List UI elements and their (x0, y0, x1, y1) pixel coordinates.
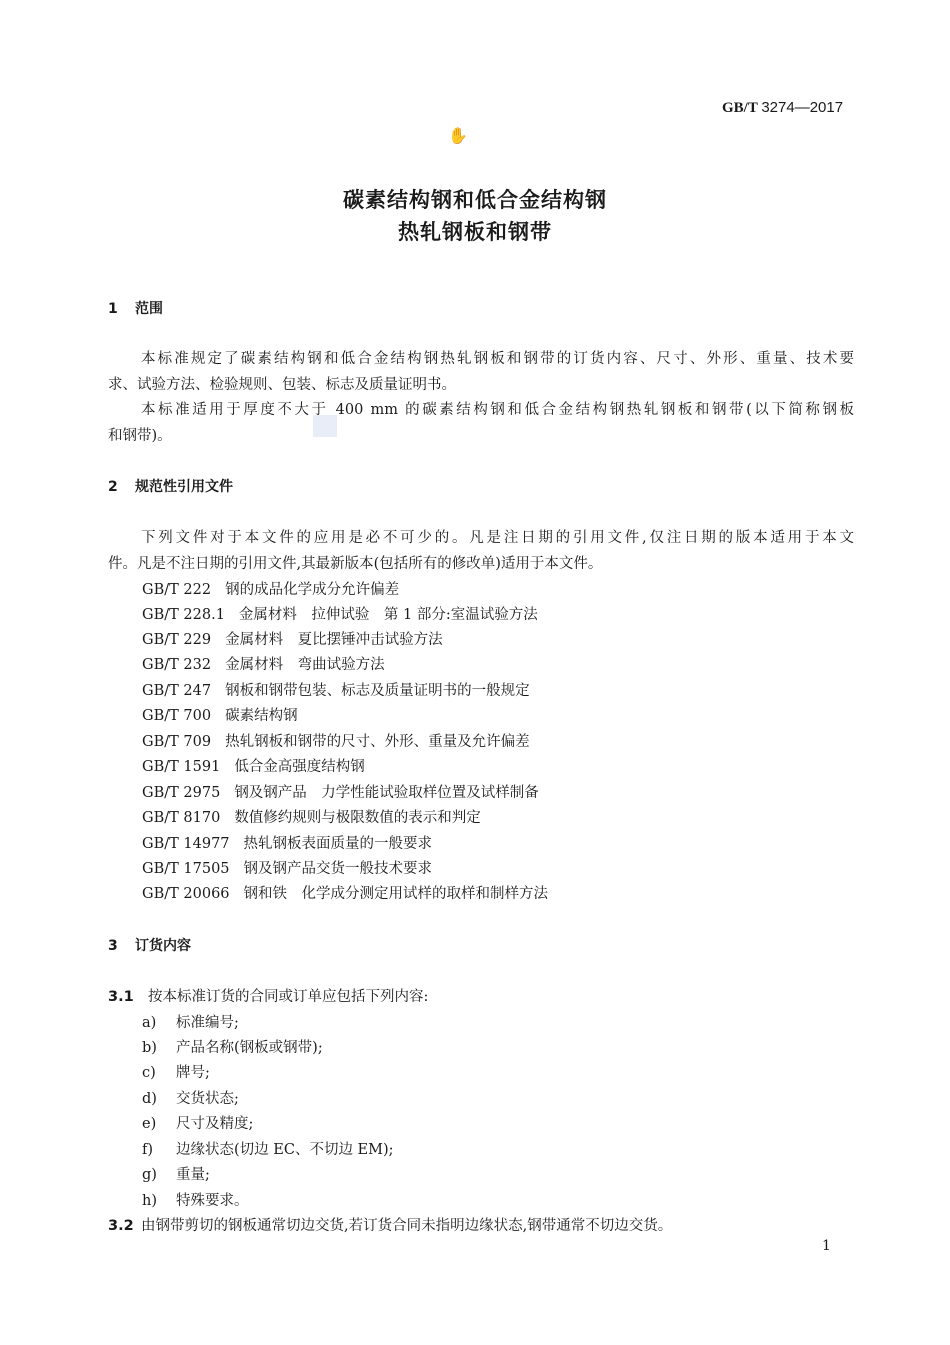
reference-code: GB/T 700 (142, 708, 211, 724)
reference-code: GB/T 2975 (142, 785, 220, 801)
reference-code: GB/T 14977 (142, 836, 230, 852)
reference-item: GB/T 1591低合金高强度结构钢 (142, 755, 365, 776)
clause-text: 由钢带剪切的钢板通常切边交货,若订货合同未指明边缘状态,钢带通常不切边交货。 (141, 1218, 672, 1234)
standard-number: 3274—2017 (761, 99, 843, 116)
reference-code: GB/T 1591 (142, 759, 220, 775)
clause-3-1: 3.1按本标准订货的合同或订单应包括下列内容: (108, 985, 428, 1006)
reference-code: GB/T 20066 (142, 886, 230, 902)
clause-number: 3.2 (108, 1218, 141, 1234)
reference-title: 热轧钢板表面质量的一般要求 (244, 836, 433, 852)
reference-title: 碳素结构钢 (225, 708, 298, 724)
reference-item: GB/T 222钢的成品化学成分允许偏差 (142, 578, 399, 599)
reference-item: GB/T 247钢板和钢带包装、标志及质量证明书的一般规定 (142, 679, 530, 700)
reference-item: GB/T 2975钢及钢产品 力学性能试验取样位置及试样制备 (142, 781, 539, 802)
reference-item: GB/T 229金属材料 夏比摆锤冲击试验方法 (142, 628, 443, 649)
reference-code: GB/T 222 (142, 582, 211, 598)
section-number: 3 (108, 938, 135, 954)
reference-title: 金属材料 拉伸试验 第 1 部分:室温试验方法 (239, 607, 538, 623)
reference-code: GB/T 8170 (142, 810, 220, 826)
item-text: 边缘状态(切边 EC、不切边 EM); (176, 1142, 394, 1158)
list-item: h)特殊要求。 (142, 1189, 249, 1210)
reference-item: GB/T 14977热轧钢板表面质量的一般要求 (142, 832, 432, 853)
paragraph-line: 求、试验方法、检验规则、包装、标志及质量证明书。 (108, 373, 854, 394)
reference-code: GB/T 17505 (142, 861, 230, 877)
paragraph-line: 下列文件对于本文件的应用是必不可少的。凡是注日期的引用文件,仅注日期的版本适用于… (108, 526, 854, 547)
item-text: 尺寸及精度; (176, 1116, 253, 1132)
reference-title: 钢板和钢带包装、标志及质量证明书的一般规定 (225, 683, 530, 699)
reference-item: GB/T 709热轧钢板和钢带的尺寸、外形、重量及允许偏差 (142, 730, 530, 751)
reference-item: GB/T 232金属材料 弯曲试验方法 (142, 653, 385, 674)
reference-item: GB/T 17505钢及钢产品交货一般技术要求 (142, 857, 432, 878)
reference-title: 钢的成品化学成分允许偏差 (225, 582, 399, 598)
item-label: b) (142, 1040, 176, 1056)
reference-title: 金属材料 弯曲试验方法 (225, 657, 385, 673)
list-item: e)尺寸及精度; (142, 1112, 253, 1133)
reference-title: 热轧钢板和钢带的尺寸、外形、重量及允许偏差 (225, 734, 530, 750)
document-title-line1: 碳素结构钢和低合金结构钢 (0, 184, 950, 214)
item-text: 标准编号; (176, 1015, 239, 1031)
paragraph-line: 件。凡是不注日期的引用文件,其最新版本(包括所有的修改单)适用于本文件。 (108, 552, 854, 573)
list-item: b)产品名称(钢板或钢带); (142, 1036, 323, 1057)
standard-code: GB/T 3274—2017 (722, 99, 843, 117)
reference-code: GB/T 232 (142, 657, 211, 673)
reference-title: 低合金高强度结构钢 (234, 759, 365, 775)
item-label: c) (142, 1065, 176, 1081)
list-item: f)边缘状态(切边 EC、不切边 EM); (142, 1138, 394, 1159)
hand-cursor-icon: ✋ (448, 126, 468, 145)
reference-code: GB/T 247 (142, 683, 211, 699)
section-title: 规范性引用文件 (135, 479, 233, 495)
reference-title: 钢和铁 化学成分测定用试样的取样和制样方法 (244, 886, 549, 902)
reference-code: GB/T 228.1 (142, 607, 225, 623)
section-heading-scope: 1范围 (108, 298, 163, 318)
item-label: a) (142, 1015, 176, 1031)
reference-item: GB/T 700碳素结构钢 (142, 704, 298, 725)
item-label: h) (142, 1193, 176, 1209)
section-number: 1 (108, 301, 135, 317)
reference-title: 数值修约规则与极限数值的表示和判定 (234, 810, 481, 826)
reference-code: GB/T 709 (142, 734, 211, 750)
paragraph-line: 本标准适用于厚度不大于 400 mm 的碳素结构钢和低合金结构钢热轧钢板和钢带(… (108, 398, 854, 419)
item-label: d) (142, 1091, 176, 1107)
clause-3-2: 3.2由钢带剪切的钢板通常切边交货,若订货合同未指明边缘状态,钢带通常不切边交货… (108, 1214, 672, 1235)
section-title: 订货内容 (135, 938, 191, 954)
section-heading-order-content: 3订货内容 (108, 935, 191, 955)
list-item: c)牌号; (142, 1061, 210, 1082)
paragraph-line: 本标准规定了碳素结构钢和低合金结构钢热轧钢板和钢带的订货内容、尺寸、外形、重量、… (108, 347, 854, 368)
item-label: e) (142, 1116, 176, 1132)
item-text: 交货状态; (176, 1091, 239, 1107)
reference-item: GB/T 8170数值修约规则与极限数值的表示和判定 (142, 806, 481, 827)
item-text: 重量; (176, 1167, 210, 1183)
item-text: 产品名称(钢板或钢带); (176, 1040, 323, 1056)
item-label: g) (142, 1167, 176, 1183)
item-label: f) (142, 1142, 176, 1158)
reference-title: 钢及钢产品 力学性能试验取样位置及试样制备 (234, 785, 539, 801)
reference-item: GB/T 20066钢和铁 化学成分测定用试样的取样和制样方法 (142, 882, 548, 903)
section-heading-normative-references: 2规范性引用文件 (108, 476, 233, 496)
document-title-line2: 热轧钢板和钢带 (0, 216, 950, 246)
reference-title: 金属材料 夏比摆锤冲击试验方法 (225, 632, 443, 648)
list-item: d)交货状态; (142, 1087, 239, 1108)
item-text: 特殊要求。 (176, 1193, 249, 1209)
reference-title: 钢及钢产品交货一般技术要求 (244, 861, 433, 877)
reference-item: GB/T 228.1金属材料 拉伸试验 第 1 部分:室温试验方法 (142, 603, 538, 624)
scan-smudge (313, 415, 337, 437)
paragraph-line: 和钢带)。 (108, 424, 854, 445)
item-text: 牌号; (176, 1065, 210, 1081)
section-title: 范围 (135, 301, 163, 317)
list-item: g)重量; (142, 1163, 210, 1184)
list-item: a)标准编号; (142, 1011, 239, 1032)
section-number: 2 (108, 479, 135, 495)
clause-number: 3.1 (108, 989, 148, 1005)
clause-text: 按本标准订货的合同或订单应包括下列内容: (148, 989, 428, 1005)
page-number: 1 (822, 1238, 831, 1254)
standard-prefix: GB/T (722, 100, 758, 116)
reference-code: GB/T 229 (142, 632, 211, 648)
